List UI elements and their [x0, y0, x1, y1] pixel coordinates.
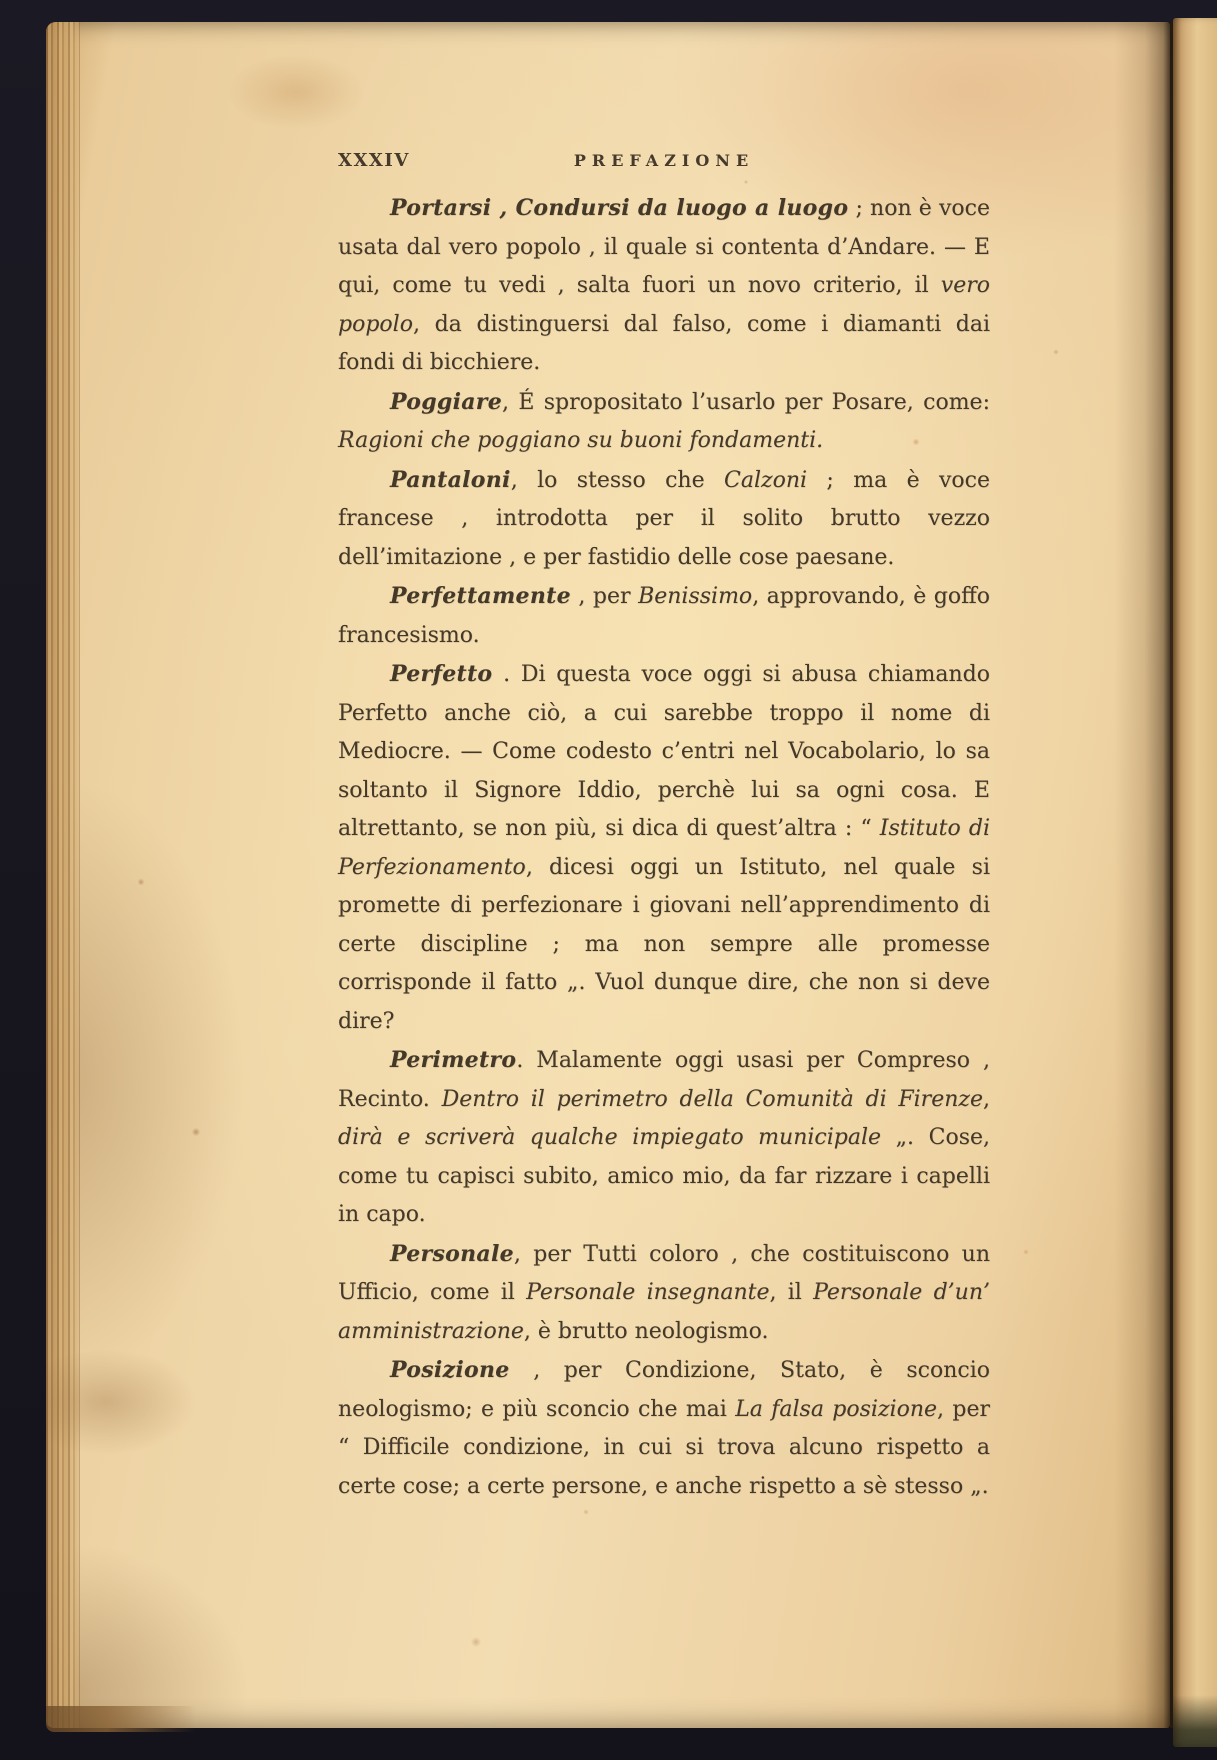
text-body: Portarsi , Condursi da luogo a luogo ; n…	[338, 189, 990, 1506]
worn-corner	[46, 1706, 196, 1732]
page-number: XXXIV	[338, 150, 410, 171]
page-header: XXXIV PREFAZIONE	[338, 148, 990, 178]
paragraph: Perfettamente , per Benissimo, approvand…	[338, 577, 990, 655]
book-page: XXXIV PREFAZIONE Portarsi , Condursi da …	[46, 22, 1170, 1728]
running-title: PREFAZIONE	[574, 151, 754, 170]
paragraph: Posizione , per Condizione, Stato, è sco…	[338, 1351, 990, 1506]
paragraph: Personale, per Tutti coloro , che costit…	[338, 1235, 990, 1352]
scan-background: XXXIV PREFAZIONE Portarsi , Condursi da …	[0, 0, 1217, 1760]
adjacent-page-edge	[1173, 18, 1217, 1747]
paragraph: Perfetto . Di questa voce oggi si abusa …	[338, 655, 990, 1041]
paragraph: Poggiare, É spropositato l’usarlo per Po…	[338, 383, 990, 461]
gutter-shadow	[1114, 22, 1170, 1728]
paragraph: Portarsi , Condursi da luogo a luogo ; n…	[338, 189, 990, 383]
paragraph: Perimetro. Malamente oggi usasi per Comp…	[338, 1041, 990, 1235]
paragraph: Pantaloni, lo stesso che Calzoni ; ma è …	[338, 461, 990, 578]
